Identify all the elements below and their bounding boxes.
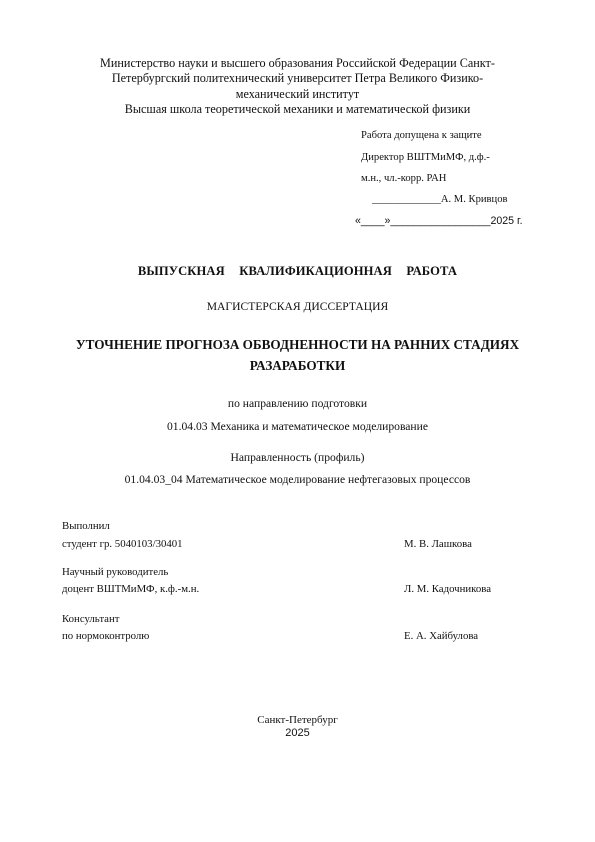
signature-name: Е. А. Хайбулова bbox=[404, 630, 478, 642]
direction-value: 01.04.03 Механика и математическое модел… bbox=[0, 420, 595, 433]
profile-value: 01.04.03_04 Математическое моделирование… bbox=[0, 473, 595, 486]
approval-line: Работа допущена к защите bbox=[361, 130, 482, 141]
topic-line: УТОЧНЕНИЕ ПРОГНОЗА ОБВОДНЕННОСТИ НА РАНН… bbox=[0, 334, 595, 355]
footer-year: 2025 bbox=[0, 727, 595, 740]
signature-role: Научный руководитель bbox=[62, 566, 168, 578]
approval-rank: м.н., чл.-корр. РАН bbox=[361, 173, 446, 184]
footer-city: Санкт-Петербург bbox=[0, 714, 595, 727]
signature-name: Л. М. Кадочникова bbox=[404, 583, 491, 595]
institution-header: Министерство науки и высшего образования… bbox=[0, 56, 595, 117]
signature-position: по нормоконтролю bbox=[62, 630, 149, 642]
thesis-topic: УТОЧНЕНИЕ ПРОГНОЗА ОБВОДНЕННОСТИ НА РАНН… bbox=[0, 334, 595, 376]
signature-position: студент гр. 5040103/30401 bbox=[62, 538, 183, 550]
header-line: Министерство науки и высшего образования… bbox=[0, 56, 595, 71]
topic-line: РАЗАРАБОТКИ bbox=[0, 355, 595, 376]
signature-role: Выполнил bbox=[62, 520, 110, 532]
approval-director: Директор ВШТМиМФ, д.ф.- bbox=[361, 152, 490, 163]
profile-label: Направленность (профиль) bbox=[0, 451, 595, 464]
work-type-title: ВЫПУСКНАЯ КВАЛИФИКАЦИОННАЯ РАБОТА bbox=[0, 264, 595, 279]
approval-signature: _____________А. М. Кривцов bbox=[372, 194, 508, 205]
direction-label: по направлению подготовки bbox=[0, 397, 595, 410]
footer: Санкт-Петербург 2025 bbox=[0, 714, 595, 740]
signature-name: М. В. Лашкова bbox=[404, 538, 472, 550]
approval-date: «____»_________________2025 г. bbox=[355, 215, 523, 227]
signature-role: Консультант bbox=[62, 613, 119, 625]
header-line: Высшая школа теоретической механики и ма… bbox=[0, 102, 595, 117]
header-line: механический институт bbox=[0, 87, 595, 102]
signature-position: доцент ВШТМиМФ, к.ф.-м.н. bbox=[62, 583, 199, 595]
work-subtype: МАГИСТЕРСКАЯ ДИССЕРТАЦИЯ bbox=[0, 300, 595, 313]
header-line: Петербургский политехнический университе… bbox=[0, 71, 595, 86]
